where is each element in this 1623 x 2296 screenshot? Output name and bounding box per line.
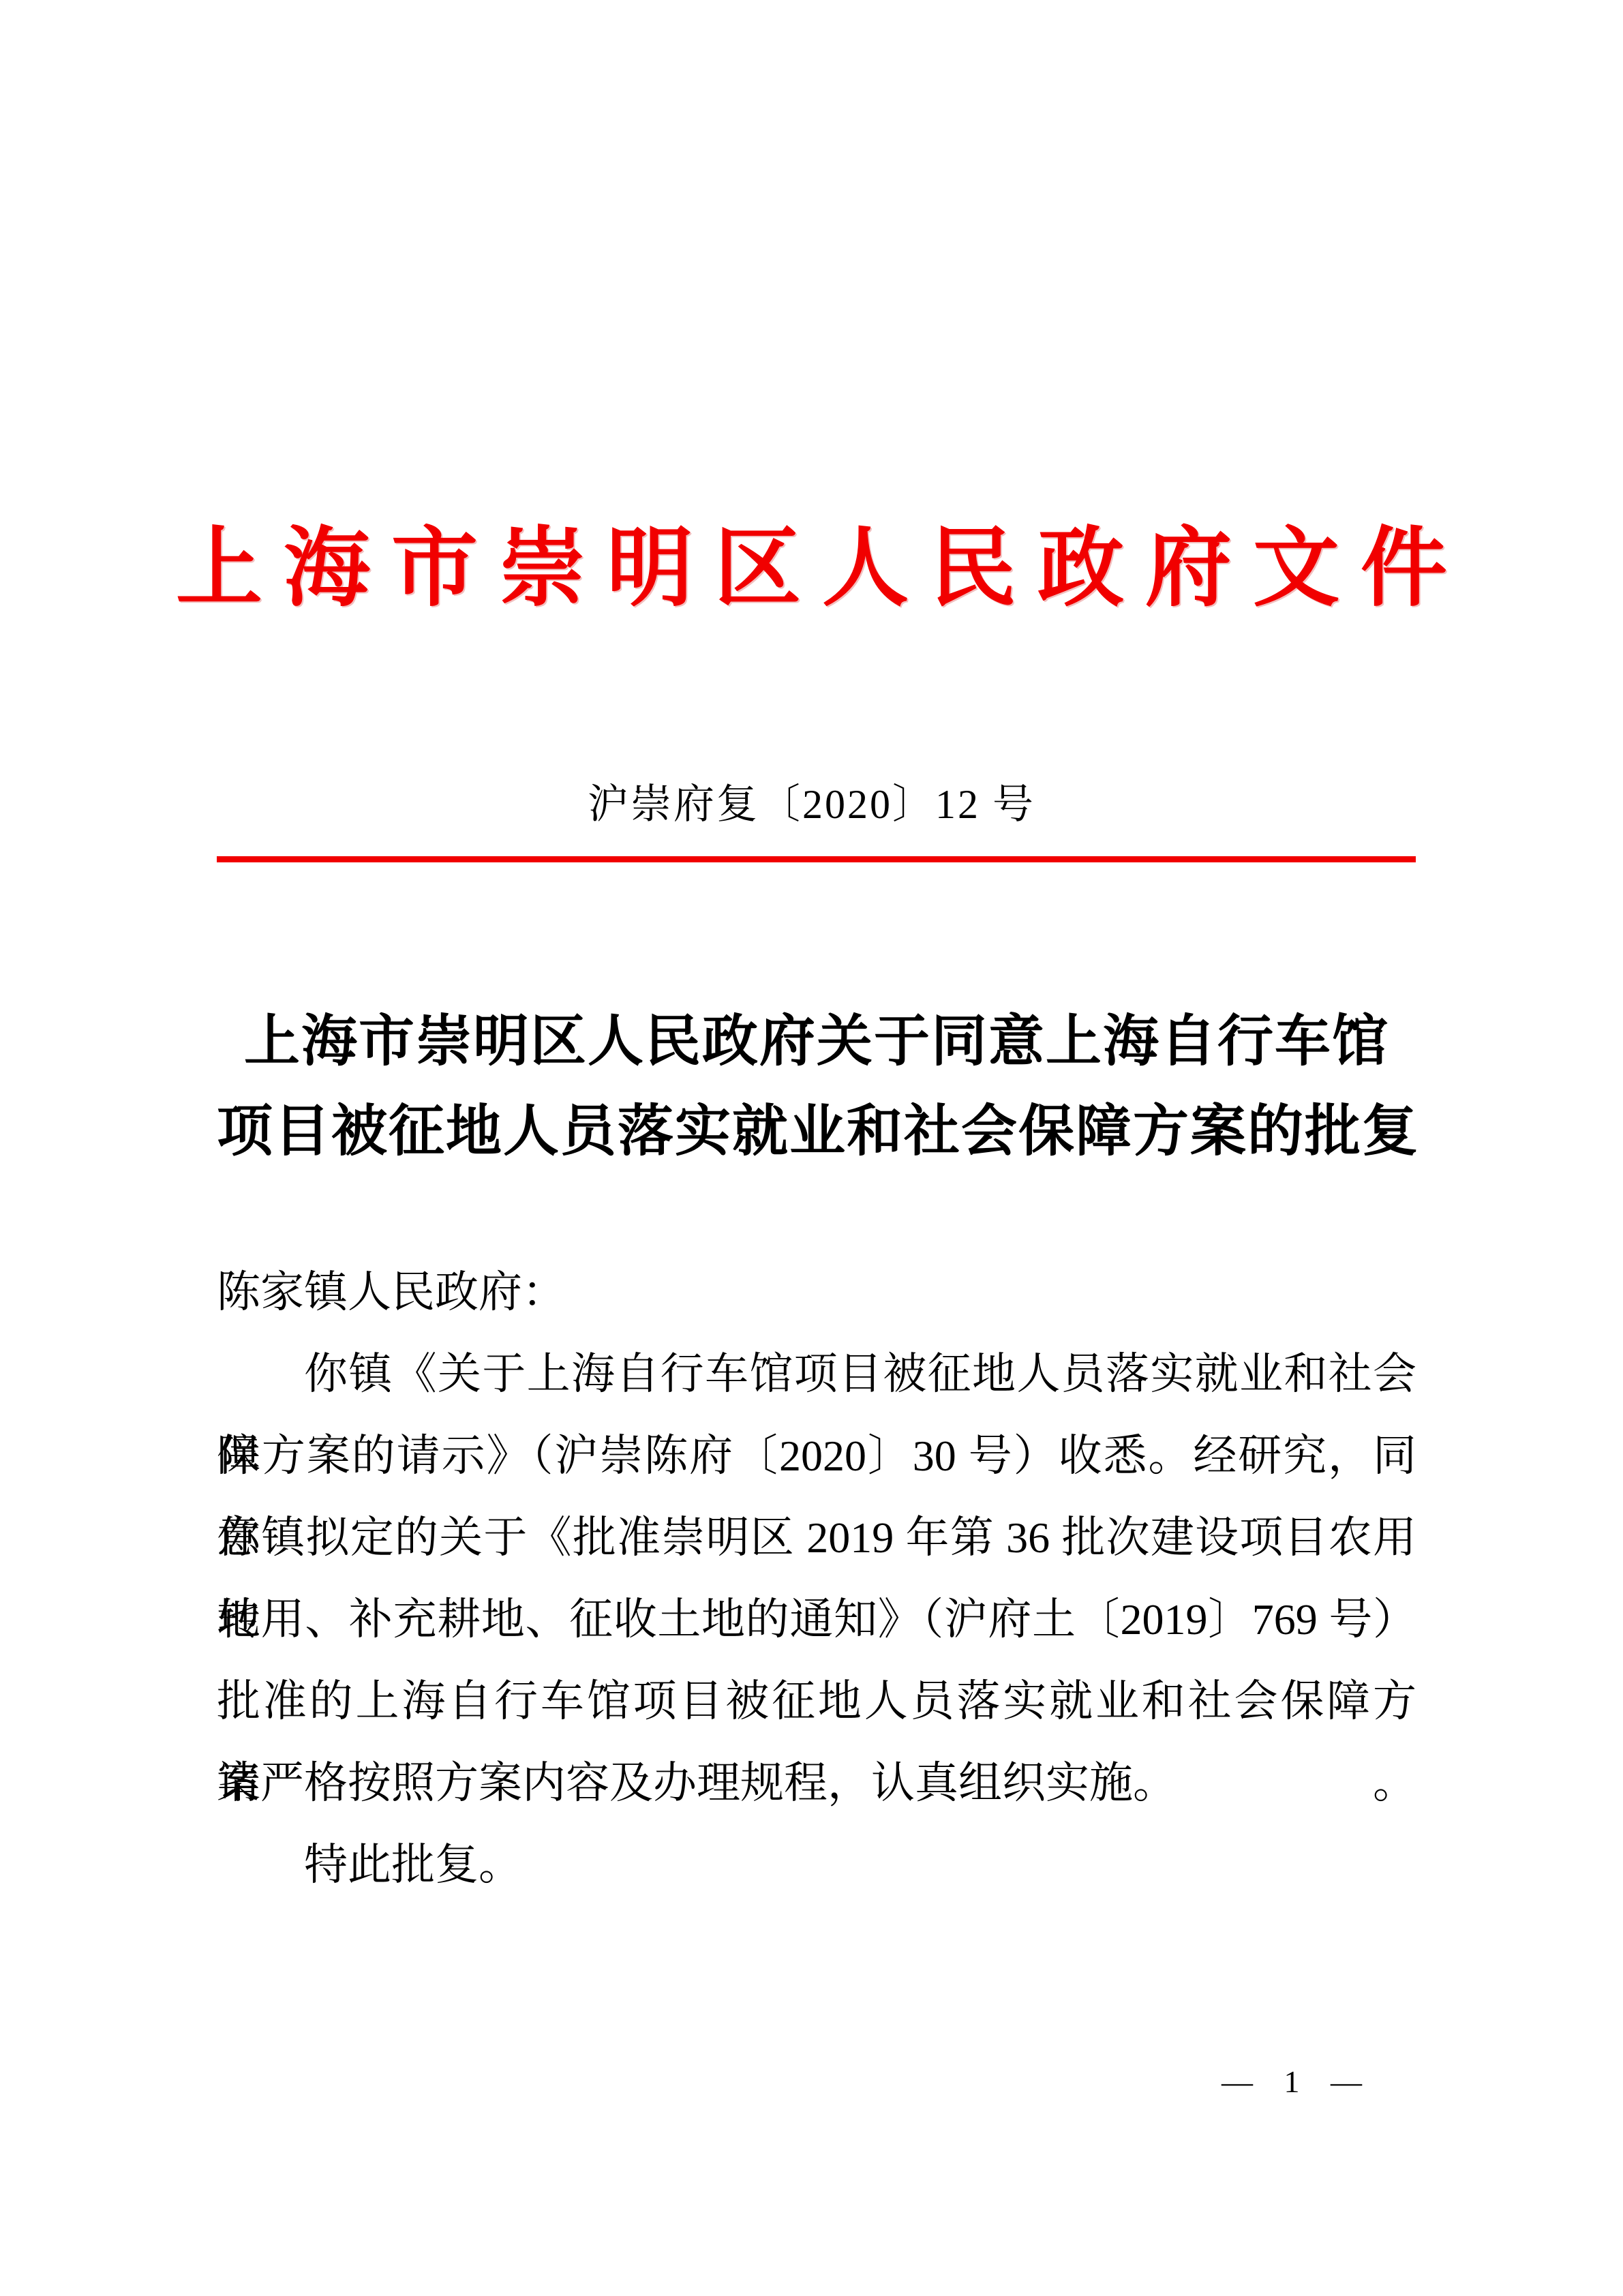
document-title-line-1: 上海市崇明区人民政府关于同意上海自行车馆: [217, 997, 1416, 1087]
body-line: 批准的上海自行车馆项目被征地人员落实就业和社会保障方案。: [217, 1661, 1416, 1742]
page-number: — 1 —: [1222, 2064, 1366, 2100]
document-reference-number: 沪崇府复〔2020〕12 号: [0, 777, 1623, 832]
body-line: 转用、补充耕地、征收土地的通知》（沪府土〔2019〕769 号）: [217, 1579, 1416, 1661]
closing-line: 特此批复。: [217, 1824, 1416, 1906]
document-title-line-2: 项目被征地人员落实就业和社会保障方案的批复: [217, 1087, 1416, 1177]
document-body: 陈家镇人民政府： 你镇《关于上海自行车馆项目被征地人员落实就业和社会保 障方案的…: [217, 1252, 1416, 1906]
document-title: 上海市崇明区人民政府关于同意上海自行车馆 项目被征地人员落实就业和社会保障方案的…: [217, 997, 1416, 1177]
red-divider-rule: [217, 856, 1416, 862]
government-document-page: 上海市崇明区人民政府文件 沪崇府复〔2020〕12 号 上海市崇明区人民政府关于…: [0, 0, 1623, 2296]
body-line: 你镇拟定的关于《批准崇明区 2019 年第 36 批次建设项目农用地: [217, 1497, 1416, 1579]
salutation: 陈家镇人民政府：: [217, 1252, 1416, 1333]
body-line: 你镇《关于上海自行车馆项目被征地人员落实就业和社会保: [217, 1333, 1416, 1415]
red-header-banner-title: 上海市崇明区人民政府文件: [0, 522, 1623, 617]
body-line: 障方案的请示》（沪崇陈府〔2020〕30 号）收悉。经研究，同意: [217, 1415, 1416, 1497]
